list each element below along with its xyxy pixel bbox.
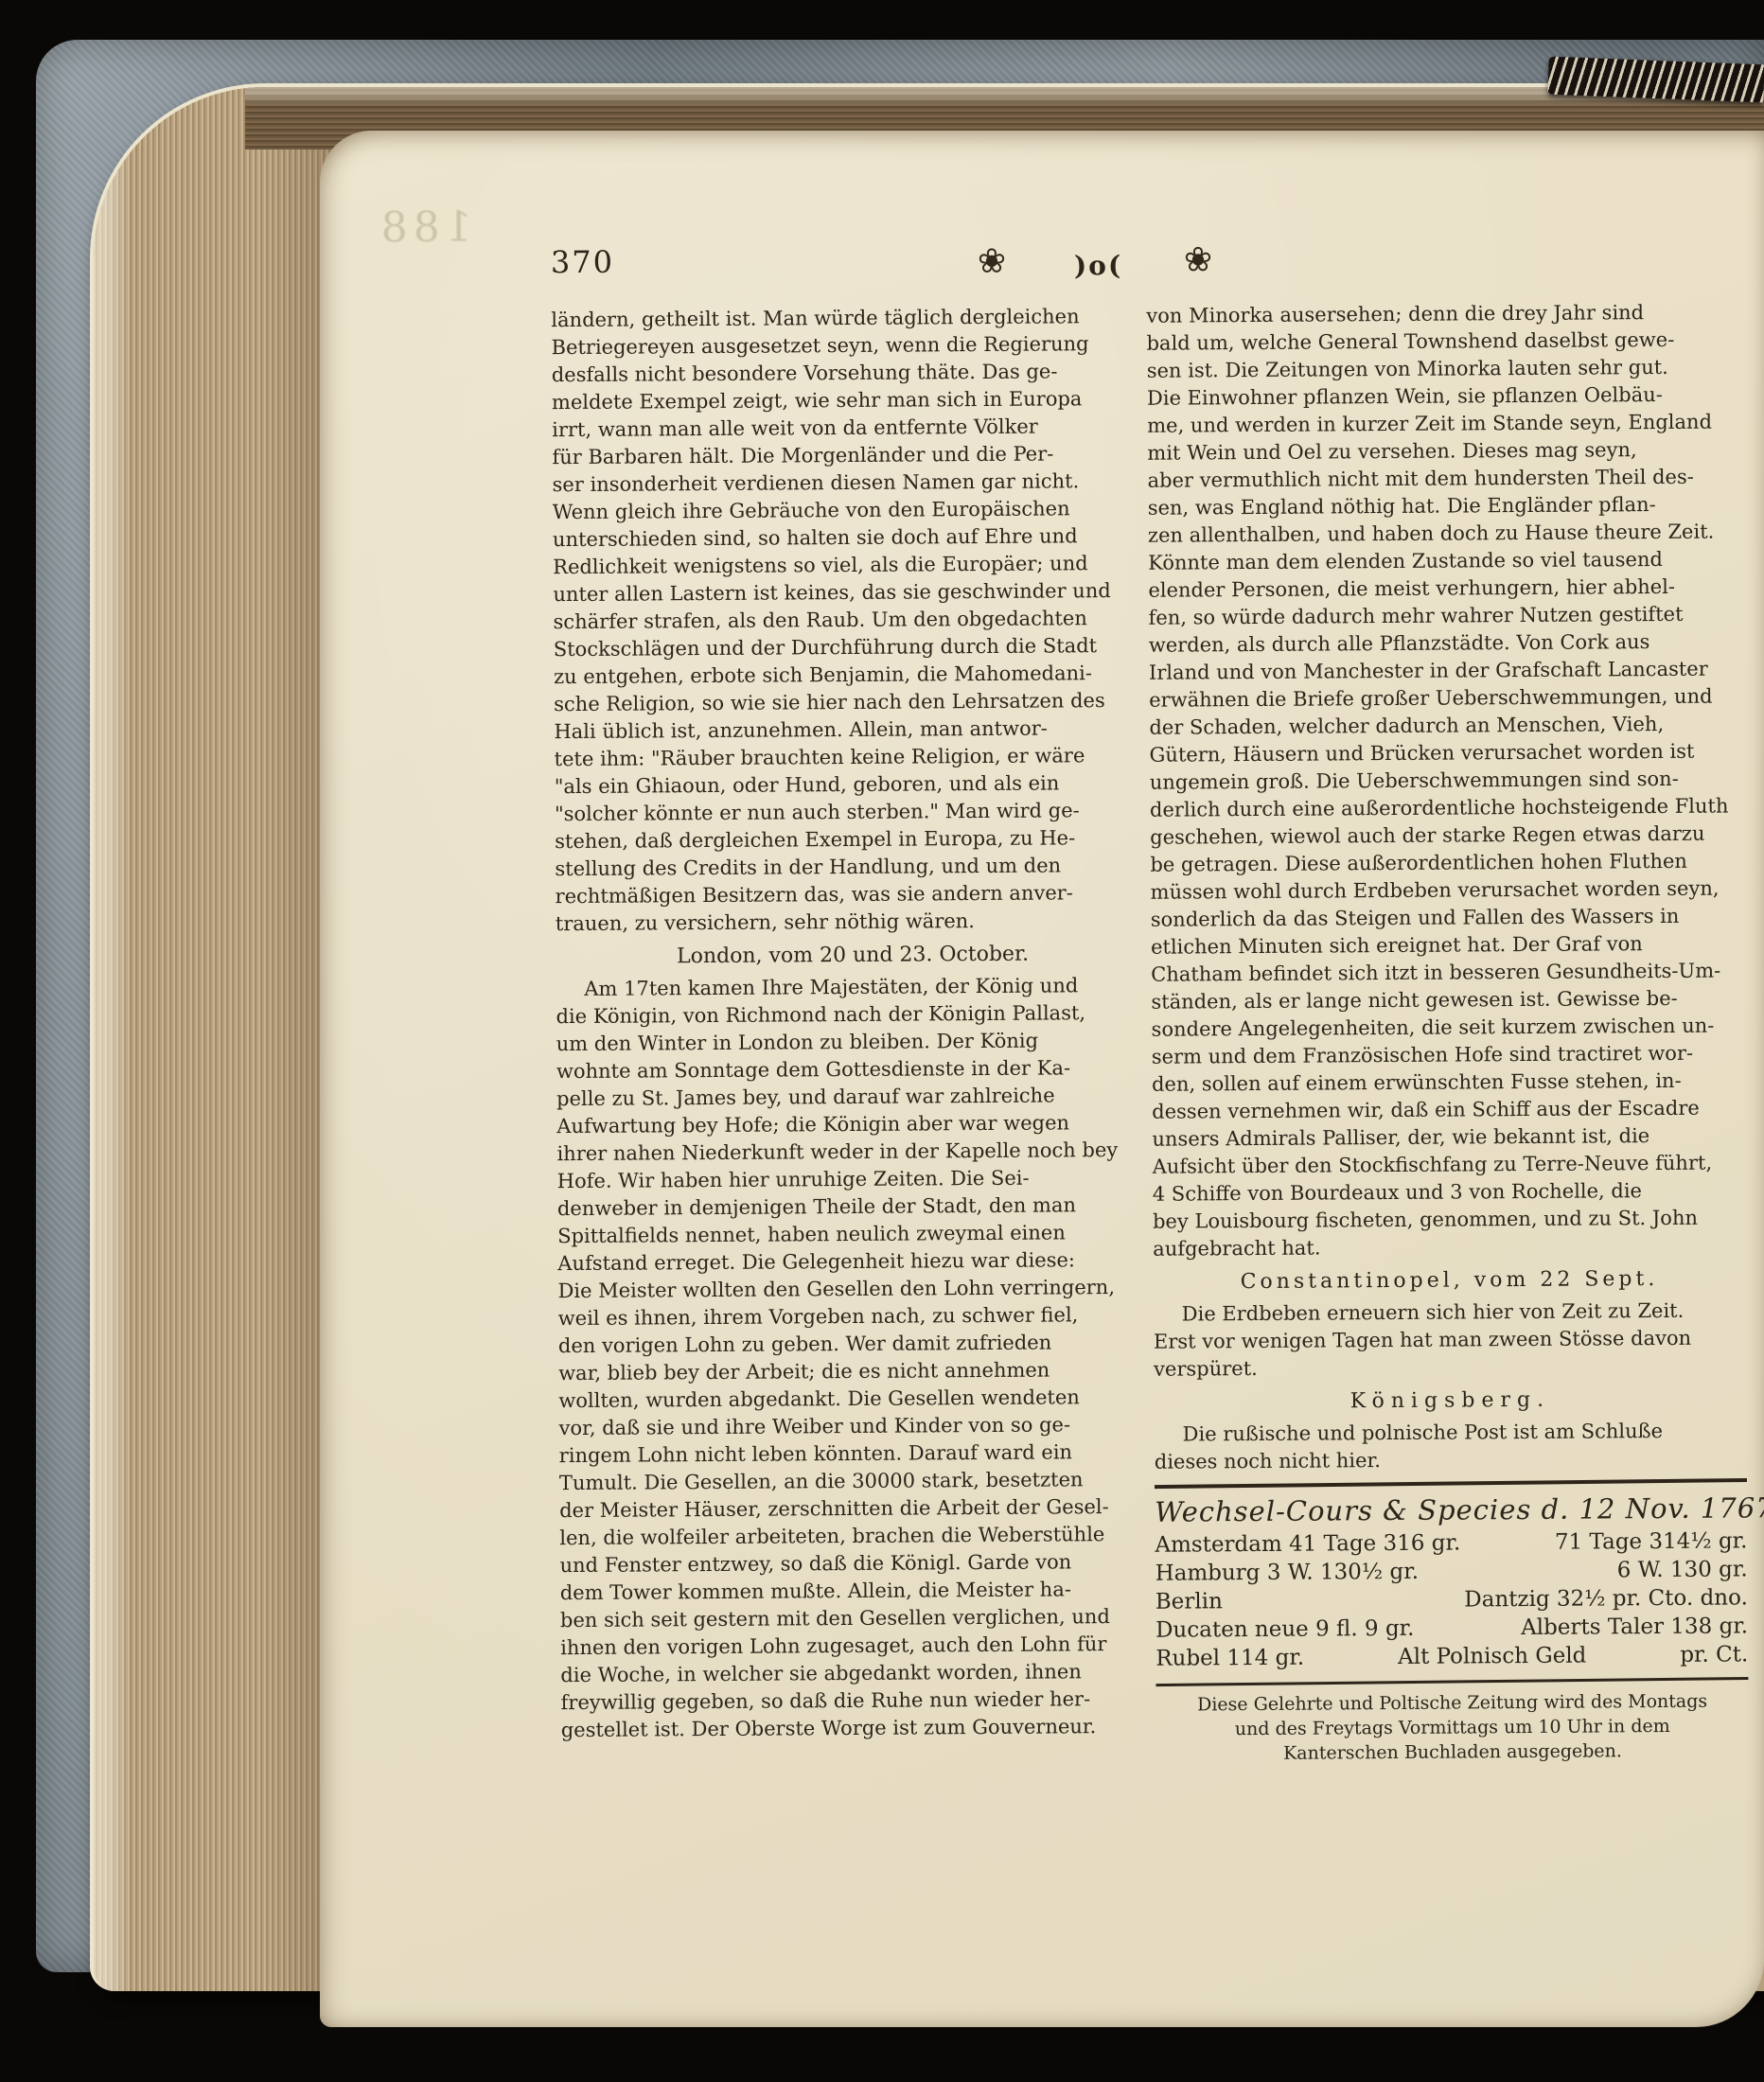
text-line: Erst vor wenigen Tagen hat man zween Stö… <box>1154 1324 1746 1355</box>
text-line: "als ein Ghiaoun, oder Hund, geboren, un… <box>555 769 1149 801</box>
text-line: mit Wein und Oel zu versehen. Dieses mag… <box>1147 435 1739 467</box>
text-line: Hofe. Wir haben hier unruhige Zeiten. Di… <box>557 1164 1152 1195</box>
text-line: ihrer nahen Niederkunft weder in der Kap… <box>556 1137 1151 1168</box>
text-line: verspüret. <box>1154 1351 1746 1383</box>
text-line: ungemein groß. Die Ueberschwemmungen sin… <box>1150 765 1742 796</box>
text-line: tete ihm: "Räuber brauchten keine Religi… <box>555 742 1149 773</box>
text-line: der Meister Häuser, zerschnitten die Arb… <box>559 1493 1154 1525</box>
text-line: 4 Schiffe von Bourdeaux und 3 von Rochel… <box>1153 1176 1745 1208</box>
text-line: ringem Lohn nicht leben könnten. Darauf … <box>559 1438 1154 1470</box>
text-line: ser insonderheit verdienen diesen Namen … <box>552 468 1146 499</box>
text-line: sonderlich da das Steigen und Fallen des… <box>1151 902 1743 933</box>
text-line: pelle zu St. James bey, und darauf war z… <box>556 1082 1151 1113</box>
text-line: Kanterschen Buchladen ausgegeben. <box>1156 1738 1749 1766</box>
exchange-table: Amsterdam 41 Tage 316 gr.71 Tage 314½ gr… <box>1155 1526 1748 1672</box>
text-line: erwähnen die Briefe großer Ueberschwemmu… <box>1149 682 1741 714</box>
text-line: für Barbaren hält. Die Morgenländer und … <box>552 440 1146 471</box>
text-line: sen ist. Die Zeitungen von Minorka laute… <box>1147 353 1739 384</box>
text-line: Redlichkeit wenigstens so viel, als die … <box>553 550 1147 581</box>
left-column: ländern, getheilt ist. Man würde täglich… <box>551 303 1155 1744</box>
text-line: fen, so würde dadurch mehr wahrer Nutzen… <box>1148 600 1740 631</box>
text-line: ben sich seit gestern mit den Gesellen v… <box>560 1603 1155 1634</box>
printer-note: Diese Gelehrte und Poltische Zeitung wir… <box>1156 1688 1750 1766</box>
text-line: derlich durch eine außerordentliche hoch… <box>1150 792 1742 823</box>
exchange-row: Amsterdam 41 Tage 316 gr.71 Tage 314½ gr… <box>1155 1526 1747 1559</box>
exchange-row: Rubel 114 gr.Alt Polnisch Geldpr. Ct. <box>1155 1640 1748 1672</box>
text-line: Gütern, Häusern und Brücken verursachet … <box>1150 737 1742 768</box>
exchange-cell: 71 Tage 314½ gr. <box>1555 1526 1748 1556</box>
section-heading-constantinople: Constantinopel, vom 22 Sept. <box>1153 1264 1745 1297</box>
text-line: um den Winter in London zu bleiben. Der … <box>556 1027 1151 1058</box>
text-line: war, blieb bey der Arbeit; die es nicht … <box>558 1356 1153 1387</box>
text-line: die Königin, von Richmond nach der König… <box>556 999 1150 1031</box>
exchange-cell: Rubel 114 gr. <box>1155 1644 1304 1673</box>
text-line: Chatham befindet sich itzt in besseren G… <box>1151 957 1743 988</box>
fleuron-icon: ❀ <box>978 245 1006 279</box>
text-line: rechtmäßigen Besitzern das, was sie ande… <box>556 879 1150 910</box>
section-heading-koenigsberg: Königsberg. <box>1154 1385 1746 1417</box>
exchange-cell: Amsterdam 41 Tage 316 gr. <box>1155 1528 1460 1559</box>
text-line: me, und werden in kurzer Zeit im Stande … <box>1147 408 1739 439</box>
text-line: stehen, daß dergleichen Exempel in Europ… <box>555 824 1149 856</box>
text-line: freywillig gegeben, so daß die Ruhe nun … <box>560 1685 1155 1717</box>
text-line: wollten, wurden abgedankt. Die Gesellen … <box>558 1384 1153 1415</box>
exchange-cell: pr. Ct. <box>1680 1640 1748 1669</box>
signature-mark: )o( <box>1074 250 1122 281</box>
text-line: dieses noch nicht hier. <box>1155 1444 1747 1475</box>
exchange-cell: Dantzig 32½ pr. Cto. dno. <box>1464 1583 1748 1614</box>
text-line: zu entgehen, erbote sich Benjamin, die M… <box>554 660 1148 691</box>
text-line: Irland und von Manchester in der Grafsch… <box>1149 655 1741 686</box>
text-line: Am 17ten kamen Ihre Majestäten, der Köni… <box>556 972 1150 1003</box>
text-line: den, sollen auf einem erwünschten Fusse … <box>1152 1067 1744 1098</box>
text-line: len, die wolfeiler arbeiteten, brachen d… <box>559 1521 1154 1552</box>
text-line: Hali üblich ist, anzunehmen. Allein, man… <box>554 715 1148 746</box>
exchange-row: Ducaten neue 9 fl. 9 gr.Alberts Taler 13… <box>1155 1612 1748 1644</box>
text-line: gestellet ist. Der Oberste Worge ist zum… <box>561 1713 1155 1744</box>
text-line: unterschieden sind, so halten sie doch a… <box>553 522 1147 554</box>
text-line: Die Einwohner pflanzen Wein, sie pflanze… <box>1147 380 1739 412</box>
text-line: Aufsicht über den Stockfischfang zu Terr… <box>1153 1149 1745 1180</box>
text-line: Die Erdbeben erneuern sich hier von Zeit… <box>1154 1297 1746 1328</box>
page-number: 370 <box>551 244 614 280</box>
text-line: weil es ihnen, ihrem Vorgeben nach, zu s… <box>558 1301 1153 1332</box>
exchange-cell: Ducaten neue 9 fl. 9 gr. <box>1155 1614 1415 1645</box>
text-line: ihnen den vorigen Lohn zugesaget, auch d… <box>560 1631 1155 1662</box>
text-line: den vorigen Lohn zu geben. Wer damit zuf… <box>558 1329 1153 1360</box>
text-line: geschehen, wiewol auch der starke Regen … <box>1150 820 1742 851</box>
paragraph: ländern, getheilt ist. Man würde täglich… <box>551 303 1150 938</box>
text-line: Aufwartung bey Hofe; die Königin aber wa… <box>556 1109 1151 1140</box>
text-line: desfalls nicht besondere Vorsehung thäte… <box>552 358 1146 389</box>
text-line: ständen, als er lange nicht gewesen ist.… <box>1151 984 1743 1015</box>
book-photograph: 188 370 ❀ )o( ❀ ländern, getheilt ist. M… <box>0 0 1764 2082</box>
text-line: stellung des Credits in der Handlung, un… <box>555 852 1149 883</box>
text-line: und Fenster entzwey, so daß die Königl. … <box>559 1548 1154 1579</box>
text-line: Die rußische und polnische Post ist am S… <box>1155 1417 1747 1448</box>
text-line: unsers Admirals Palliser, der, wie bekan… <box>1152 1121 1744 1153</box>
text-line: werden, als durch alle Pflanzstädte. Von… <box>1149 627 1741 659</box>
exchange-table-title: Wechsel-Cours & Species d. 12 Nov. 1767. <box>1155 1489 1747 1530</box>
exchange-cell: Alt Polnisch Geld <box>1398 1642 1587 1671</box>
text-line: Tumult. Die Gesellen, an die 30000 stark… <box>559 1466 1154 1497</box>
paragraph: Am 17ten kamen Ihre Majestäten, der Köni… <box>556 972 1155 1744</box>
text-line: be getragen. Diese außerordentlichen hoh… <box>1150 847 1742 878</box>
text-line: sche Religion, so wie sie hier nach den … <box>554 687 1148 718</box>
exchange-row: Hamburg 3 W. 130½ gr.6 W. 130 gr. <box>1155 1555 1748 1587</box>
text-line: etlichen Minuten sich ereignet hat. Der … <box>1151 929 1743 961</box>
text-line: von Minorka ausersehen; denn die drey Ja… <box>1146 298 1738 329</box>
exchange-row: BerlinDantzig 32½ pr. Cto. dno. <box>1155 1583 1748 1615</box>
text-line: unter allen Lastern ist keines, das sie … <box>553 577 1147 609</box>
text-line: bey Louisbourg fischeten, genommen, und … <box>1153 1204 1745 1235</box>
text-line: Betriegereyen ausgesetzet seyn, wenn die… <box>551 330 1145 362</box>
text-line: irrt, wann man alle weit von da entfernt… <box>552 413 1146 444</box>
paragraph: Die Erdbeben erneuern sich hier von Zeit… <box>1154 1297 1747 1383</box>
text-line: serm und dem Französischen Hofe sind tra… <box>1152 1039 1744 1070</box>
text-line: denweber in demjenigen Theile der Stadt,… <box>557 1191 1152 1223</box>
page-content: 188 370 ❀ )o( ❀ ländern, getheilt ist. M… <box>320 126 1764 2033</box>
text-line: Spittalfields nennet, haben neulich zwey… <box>557 1219 1152 1250</box>
text-line: ländern, getheilt ist. Man würde täglich… <box>551 303 1145 334</box>
text-line: sen, was England nöthig hat. Die Engländ… <box>1148 490 1740 521</box>
text-line: dessen vernehmen wir, daß ein Schiff aus… <box>1152 1094 1744 1125</box>
text-line: Stockschlägen und der Durchführung durch… <box>554 632 1148 663</box>
exchange-cell: Berlin <box>1155 1587 1223 1615</box>
paragraph: Die rußische und polnische Post ist am S… <box>1155 1417 1747 1475</box>
divider-rule <box>1155 1478 1747 1489</box>
text-line: zen allenthalben, und haben doch zu Haus… <box>1148 518 1740 549</box>
text-line: elender Personen, die meist verhungern, … <box>1148 573 1740 604</box>
text-line: trauen, zu versichern, sehr nöthig wären… <box>556 907 1150 938</box>
text-line: meldete Exempel zeigt, wie sehr man sich… <box>552 385 1146 416</box>
text-line: Aufstand erreget. Die Gelegenheit hiezu … <box>557 1246 1152 1278</box>
text-line: die Woche, in welcher sie abgedankt word… <box>560 1658 1155 1689</box>
exchange-cell: 6 W. 130 gr. <box>1617 1555 1748 1584</box>
book-page: 188 370 ❀ )o( ❀ ländern, getheilt ist. M… <box>320 131 1764 2027</box>
divider-rule <box>1155 1677 1748 1686</box>
text-line: vor, daß sie und ihre Weiber und Kinder … <box>558 1411 1153 1442</box>
text-line: Könnte man dem elenden Zustande so viel … <box>1148 545 1740 576</box>
text-line: "solcher könnte er nun auch sterben." Ma… <box>555 797 1149 828</box>
show-through-text: 188 <box>376 203 472 253</box>
text-line: aber vermuthlich nicht mit dem hunderste… <box>1147 463 1739 494</box>
fleuron-icon: ❀ <box>1184 243 1212 277</box>
section-heading-london: London, vom 20 und 23. October. <box>556 940 1150 972</box>
right-column: von Minorka ausersehen; denn die drey Ja… <box>1146 298 1749 1766</box>
exchange-cell: Alberts Taler 138 gr. <box>1521 1612 1748 1642</box>
exchange-cell: Hamburg 3 W. 130½ gr. <box>1155 1558 1420 1588</box>
paragraph: von Minorka ausersehen; denn die drey Ja… <box>1146 298 1745 1262</box>
text-line: dem Tower kommen mußte. Allein, die Meis… <box>560 1576 1155 1607</box>
text-line: und des Freytags Vormittags um 10 Uhr in… <box>1156 1713 1749 1741</box>
text-line: der Schaden, welcher dadurch an Menschen… <box>1149 710 1741 741</box>
text-line: wohnte am Sonntage dem Gottesdienste in … <box>556 1054 1151 1085</box>
text-line: schärfer strafen, als den Raub. Um den o… <box>554 605 1148 636</box>
text-line: bald um, welche General Townshend daselb… <box>1146 326 1738 357</box>
text-line: sondere Angelegenheiten, die seit kurzem… <box>1152 1012 1744 1043</box>
text-line: aufgebracht hat. <box>1153 1231 1745 1262</box>
text-line: Wenn gleich ihre Gebräuche von den Europ… <box>553 495 1147 526</box>
text-line: Die Meister wollten den Gesellen den Loh… <box>557 1274 1152 1305</box>
text-line: müssen wohl durch Erdbeben verursachet w… <box>1151 874 1743 906</box>
